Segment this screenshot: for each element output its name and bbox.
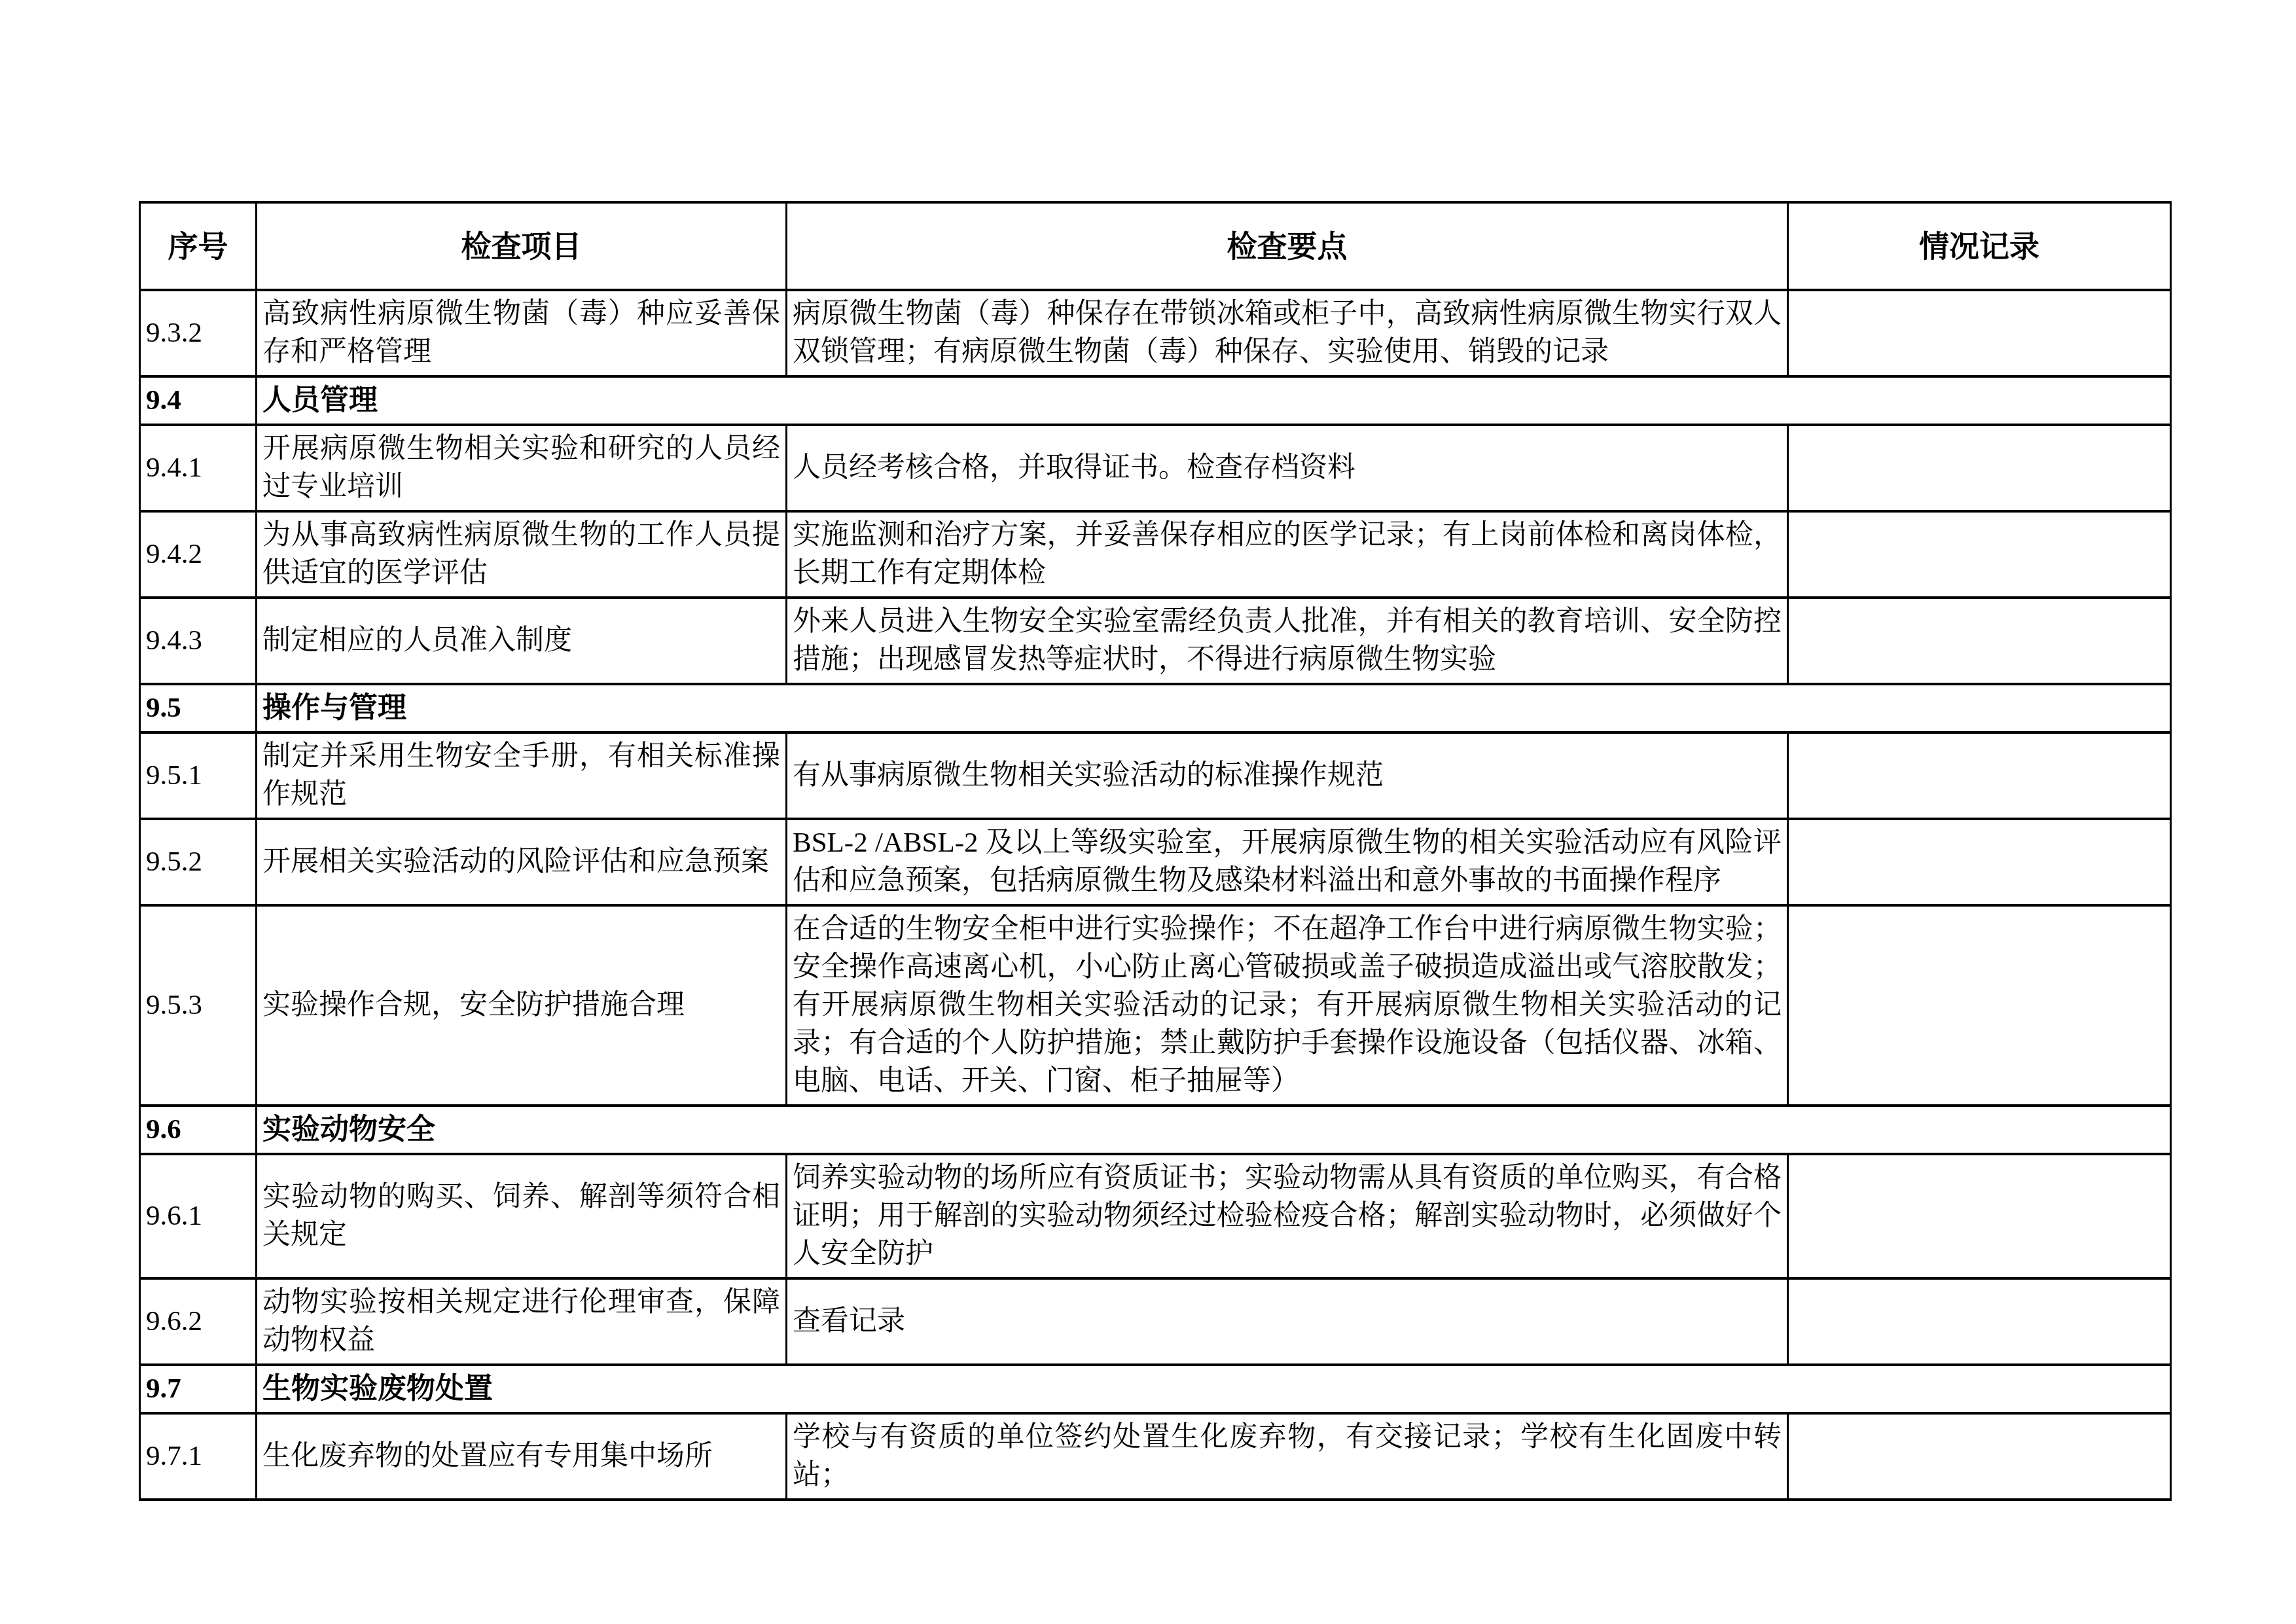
cell-seq: 9.6 bbox=[140, 1106, 257, 1154]
section-row-9-7: 9.7 生物实验废物处置 bbox=[140, 1365, 2171, 1413]
section-title: 人员管理 bbox=[257, 376, 2171, 425]
cell-item: 生化废弃物的处置应有专用集中场所 bbox=[257, 1413, 787, 1500]
cell-points: 饲养实验动物的场所应有资质证书；实验动物需从具有资质的单位购买，有合格证明；用于… bbox=[787, 1154, 1788, 1278]
cell-seq: 9.4.1 bbox=[140, 425, 257, 511]
header-seq: 序号 bbox=[140, 202, 257, 290]
cell-points: 有从事病原微生物相关实验活动的标准操作规范 bbox=[787, 732, 1788, 819]
cell-record bbox=[1788, 1154, 2171, 1278]
cell-seq: 9.4 bbox=[140, 376, 257, 425]
cell-seq: 9.7 bbox=[140, 1365, 257, 1413]
cell-item: 开展相关实验活动的风险评估和应急预案 bbox=[257, 819, 787, 905]
row-9-3-2: 9.3.2 高致病性病原微生物菌（毒）种应妥善保存和严格管理 病原微生物菌（毒）… bbox=[140, 290, 2171, 376]
row-9-5-2: 9.5.2 开展相关实验活动的风险评估和应急预案 BSL-2 /ABSL-2 及… bbox=[140, 819, 2171, 905]
section-row-9-6: 9.6 实验动物安全 bbox=[140, 1106, 2171, 1154]
cell-record bbox=[1788, 1278, 2171, 1365]
row-9-4-1: 9.4.1 开展病原微生物相关实验和研究的人员经过专业培训 人员经考核合格，并取… bbox=[140, 425, 2171, 511]
cell-record bbox=[1788, 1413, 2171, 1500]
section-title: 生物实验废物处置 bbox=[257, 1365, 2171, 1413]
cell-record bbox=[1788, 732, 2171, 819]
cell-record bbox=[1788, 905, 2171, 1106]
cell-item: 高致病性病原微生物菌（毒）种应妥善保存和严格管理 bbox=[257, 290, 787, 376]
cell-item: 实验操作合规，安全防护措施合理 bbox=[257, 905, 787, 1106]
cell-item: 为从事高致病性病原微生物的工作人员提供适宜的医学评估 bbox=[257, 511, 787, 598]
cell-points: BSL-2 /ABSL-2 及以上等级实验室，开展病原微生物的相关实验活动应有风… bbox=[787, 819, 1788, 905]
cell-points: 查看记录 bbox=[787, 1278, 1788, 1365]
cell-seq: 9.3.2 bbox=[140, 290, 257, 376]
section-row-9-5: 9.5 操作与管理 bbox=[140, 684, 2171, 732]
cell-seq: 9.5.1 bbox=[140, 732, 257, 819]
cell-record bbox=[1788, 511, 2171, 598]
cell-item: 开展病原微生物相关实验和研究的人员经过专业培训 bbox=[257, 425, 787, 511]
table-header-row: 序号 检查项目 检查要点 情况记录 bbox=[140, 202, 2171, 290]
cell-record bbox=[1788, 598, 2171, 684]
section-title: 实验动物安全 bbox=[257, 1106, 2171, 1154]
cell-seq: 9.4.3 bbox=[140, 598, 257, 684]
row-9-5-3: 9.5.3 实验操作合规，安全防护措施合理 在合适的生物安全柜中进行实验操作；不… bbox=[140, 905, 2171, 1106]
cell-points: 学校与有资质的单位签约处置生化废弃物，有交接记录；学校有生化固废中转站； bbox=[787, 1413, 1788, 1500]
cell-points: 外来人员进入生物安全实验室需经负责人批准，并有相关的教育培训、安全防控措施；出现… bbox=[787, 598, 1788, 684]
inspection-checklist-table: 序号 检查项目 检查要点 情况记录 9.3.2 高致病性病原微生物菌（毒）种应妥… bbox=[139, 201, 2172, 1501]
cell-item: 实验动物的购买、饲养、解剖等须符合相关规定 bbox=[257, 1154, 787, 1278]
cell-points: 实施监测和治疗方案，并妥善保存相应的医学记录；有上岗前体检和离岗体检，长期工作有… bbox=[787, 511, 1788, 598]
document-page: 序号 检查项目 检查要点 情况记录 9.3.2 高致病性病原微生物菌（毒）种应妥… bbox=[0, 0, 2296, 1624]
cell-seq: 9.5.2 bbox=[140, 819, 257, 905]
row-9-4-2: 9.4.2 为从事高致病性病原微生物的工作人员提供适宜的医学评估 实施监测和治疗… bbox=[140, 511, 2171, 598]
row-9-5-1: 9.5.1 制定并采用生物安全手册，有相关标准操作规范 有从事病原微生物相关实验… bbox=[140, 732, 2171, 819]
cell-points: 病原微生物菌（毒）种保存在带锁冰箱或柜子中，高致病性病原微生物实行双人双锁管理；… bbox=[787, 290, 1788, 376]
cell-seq: 9.6.1 bbox=[140, 1154, 257, 1278]
cell-points: 在合适的生物安全柜中进行实验操作；不在超净工作台中进行病原微生物实验；安全操作高… bbox=[787, 905, 1788, 1106]
cell-item: 制定并采用生物安全手册，有相关标准操作规范 bbox=[257, 732, 787, 819]
cell-seq: 9.5 bbox=[140, 684, 257, 732]
section-row-9-4: 9.4 人员管理 bbox=[140, 376, 2171, 425]
cell-seq: 9.5.3 bbox=[140, 905, 257, 1106]
row-9-4-3: 9.4.3 制定相应的人员准入制度 外来人员进入生物安全实验室需经负责人批准，并… bbox=[140, 598, 2171, 684]
cell-record bbox=[1788, 819, 2171, 905]
row-9-6-2: 9.6.2 动物实验按相关规定进行伦理审查，保障动物权益 查看记录 bbox=[140, 1278, 2171, 1365]
header-record: 情况记录 bbox=[1788, 202, 2171, 290]
row-9-6-1: 9.6.1 实验动物的购买、饲养、解剖等须符合相关规定 饲养实验动物的场所应有资… bbox=[140, 1154, 2171, 1278]
cell-record bbox=[1788, 290, 2171, 376]
cell-seq: 9.6.2 bbox=[140, 1278, 257, 1365]
cell-record bbox=[1788, 425, 2171, 511]
row-9-7-1: 9.7.1 生化废弃物的处置应有专用集中场所 学校与有资质的单位签约处置生化废弃… bbox=[140, 1413, 2171, 1500]
header-points: 检查要点 bbox=[787, 202, 1788, 290]
header-item: 检查项目 bbox=[257, 202, 787, 290]
cell-seq: 9.4.2 bbox=[140, 511, 257, 598]
cell-item: 动物实验按相关规定进行伦理审查，保障动物权益 bbox=[257, 1278, 787, 1365]
cell-item: 制定相应的人员准入制度 bbox=[257, 598, 787, 684]
section-title: 操作与管理 bbox=[257, 684, 2171, 732]
cell-points: 人员经考核合格，并取得证书。检查存档资料 bbox=[787, 425, 1788, 511]
cell-seq: 9.7.1 bbox=[140, 1413, 257, 1500]
